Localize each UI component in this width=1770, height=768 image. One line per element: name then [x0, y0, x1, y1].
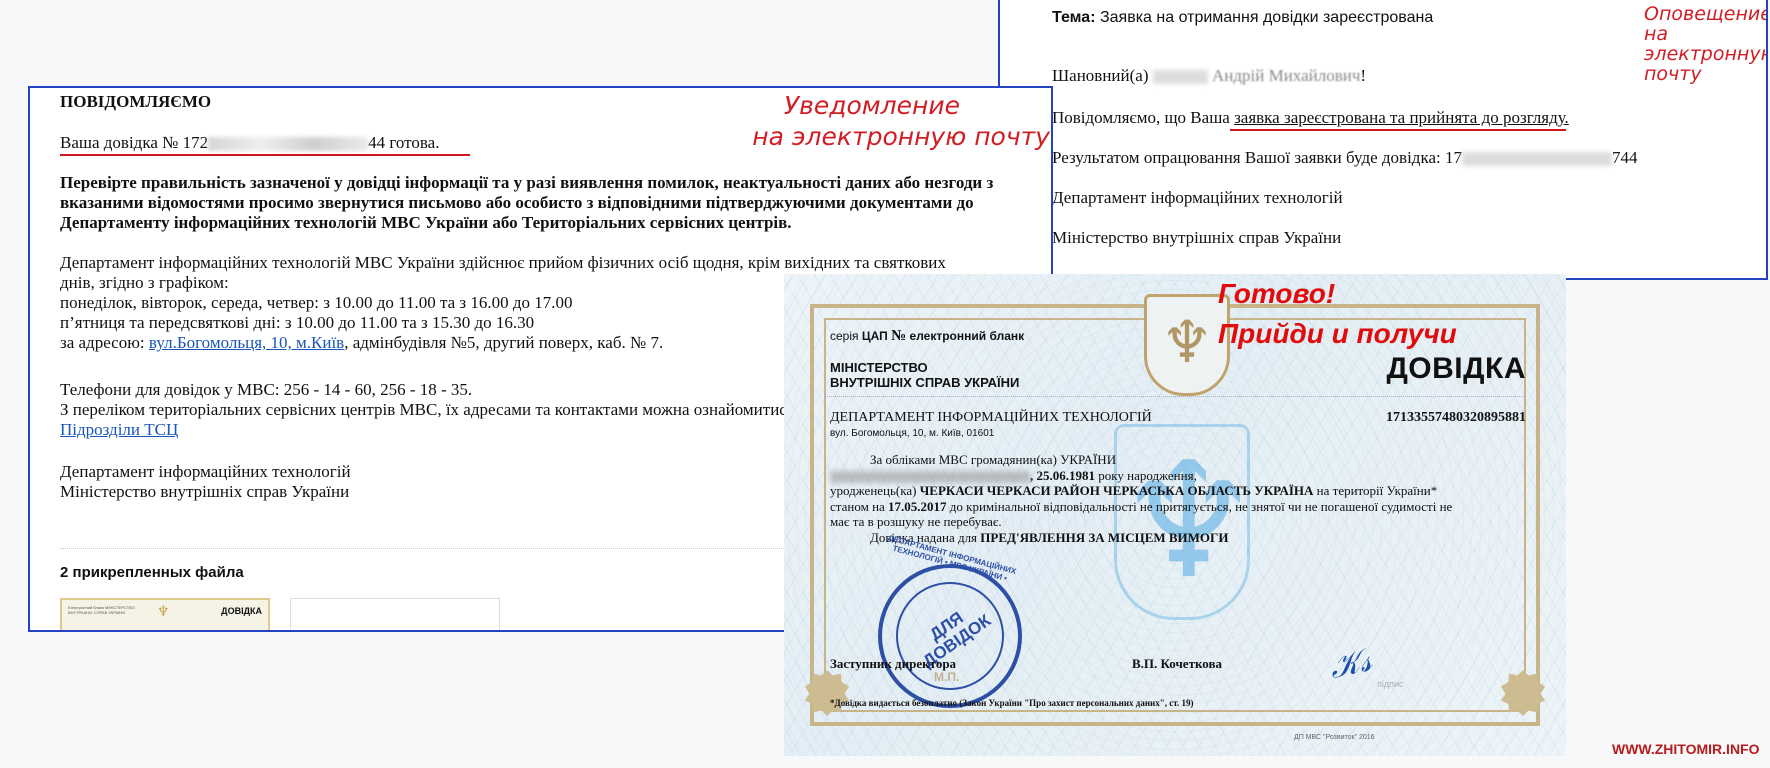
birth-date: , 25.06.1981: [1030, 468, 1095, 483]
ministry-name: МІНІСТЕРСТВО ВНУТРІШНІХ СПРАВ УКРАЇНИ: [830, 360, 1019, 390]
greeting-prefix: Шановний(а): [1052, 66, 1153, 85]
ready-suffix: 44 готова.: [368, 133, 439, 152]
annotation-line: почту: [1644, 64, 1768, 84]
annotation-notification: Оповещение на электронную почту: [1644, 4, 1768, 84]
subject-text: Заявка на отримання довідки зареєстрован…: [1100, 9, 1433, 26]
redacted-number: [1462, 152, 1612, 166]
signature-label: підпис: [1377, 679, 1404, 689]
series-code: ЦАП: [862, 329, 888, 343]
series-no: №: [891, 328, 906, 344]
signature-dept: Департамент інформаційних технологій: [60, 462, 351, 482]
annotation-email-notice: Уведомление на электронную почту: [752, 90, 1050, 152]
annotation-line: Прийди и получи: [1218, 314, 1457, 354]
warning-text: Перевірте правильність зазначеної у дові…: [60, 173, 1040, 233]
result-line: Результатом опрацювання Вашої заявки буд…: [1052, 148, 1637, 168]
red-underline: [60, 154, 470, 156]
trident-icon: ♆: [157, 604, 170, 621]
signer-name: В.П. Кочеткова: [1132, 656, 1222, 672]
ready-line: Ваша довідка № 17244 готова.: [60, 133, 439, 153]
annotation-line: на электронную: [1644, 24, 1768, 64]
as-of-date: 17.05.2017: [888, 499, 947, 514]
address-link[interactable]: вул.Богомольця, 10, м.Київ: [149, 333, 344, 352]
attachments-title: 2 прикрепленных файла: [60, 564, 244, 581]
attachment-thumbnail-file[interactable]: [290, 598, 500, 632]
born-prefix: уродженець(ка): [830, 483, 920, 498]
annotation-line: Уведомление: [752, 90, 960, 121]
annotation-line: Оповещение: [1644, 4, 1768, 24]
ready-prefix: Ваша довідка № 172: [60, 133, 208, 152]
redacted-surname: [1153, 70, 1208, 84]
printer-imprint: ДП МВС "Розвиток" 2016: [1294, 734, 1375, 741]
registration-prefix: Повідомляємо, що Ваша: [1052, 108, 1234, 127]
status-paragraph: уродженець(ка) ЧЕРКАСИ ЧЕРКАСИ РАЙОН ЧЕР…: [830, 483, 1470, 530]
site-watermark: WWW.ZHITOMIR.INFO: [1612, 741, 1760, 757]
redacted-number: [208, 137, 368, 151]
redacted-name: [830, 471, 1030, 483]
birth-line: , 25.06.1981 року народження,: [830, 468, 1470, 484]
birth-suffix: року народження,: [1095, 468, 1197, 483]
certificate-footnote: *Довідка видається безоплатно (Закон Укр…: [830, 698, 1193, 708]
thumb-text: Електронний бланк МІНІСТЕРСТВО ВНУТРІШНІ…: [68, 605, 138, 615]
address-prefix: за адресою:: [60, 333, 149, 352]
greeting: Шановний(а) Андрій Михайлович!: [1052, 66, 1366, 86]
annotation-line: Готово!: [1218, 274, 1457, 314]
certificate-dept: ДЕПАРТАМЕНТ ІНФОРМАЦІЙНИХ ТЕХНОЛОГІЙ: [830, 410, 1152, 426]
email-registration-notice: Тема: Заявка на отримання довідки зареєс…: [998, 0, 1768, 280]
certificate-body: За обліками МВС громадянин(ка) УКРАЇНИ ,…: [830, 452, 1470, 545]
born-place: ЧЕРКАСИ ЧЕРКАСИ РАЙОН ЧЕРКАСЬКА ОБЛАСТЬ …: [920, 483, 1314, 498]
service-centers-link[interactable]: Підрозділи ТСЦ: [60, 420, 178, 439]
certificate-title: ДОВІДКА: [1386, 352, 1526, 386]
result-suffix: 744: [1612, 148, 1638, 167]
certificate-address: вул. Богомольця, 10, м. Київ, 01601: [830, 428, 994, 439]
annotation-line: на электронную почту: [752, 121, 1050, 152]
seal-place-label: М.П.: [934, 670, 959, 684]
greeting-name: Андрій Михайлович: [1212, 66, 1360, 85]
email-heading: ПОВІДОМЛЯЄМО: [60, 92, 211, 112]
result-prefix: Результатом опрацювання Вашої заявки буд…: [1052, 148, 1462, 167]
signature-ministry: Міністерство внутрішніх справ України: [1052, 228, 1341, 248]
signature-ministry: Міністерство внутрішніх справ України: [60, 482, 351, 502]
red-underline: [1230, 129, 1566, 131]
series-suffix: електронний бланк: [910, 329, 1025, 343]
ministry-line: МІНІСТЕРСТВО: [830, 360, 1019, 375]
email-subject: Тема: Заявка на отримання довідки зареєс…: [1052, 8, 1433, 28]
thumb-title: ДОВІДКА: [221, 606, 262, 616]
dotted-divider: [824, 396, 1526, 397]
certificate-number: 17133557480320895881: [1386, 410, 1526, 426]
series-line: серія ЦАП № електронний бланк: [830, 328, 1024, 345]
stamp-icon: ДЕПАРТАМЕНТ ІНФОРМАЦІЙНИХ ТЕХНОЛОГІЙ • М…: [878, 564, 1022, 708]
ministry-line: ВНУТРІШНІХ СПРАВ УКРАЇНИ: [830, 375, 1019, 390]
attachment-thumbnail-certificate[interactable]: Електронний бланк МІНІСТЕРСТВО ВНУТРІШНІ…: [60, 598, 270, 632]
subject-label: Тема:: [1052, 9, 1096, 26]
greeting-suffix: !: [1360, 66, 1366, 85]
series-prefix: серія: [830, 329, 862, 343]
email-signature: Департамент інформаційних технологій Мін…: [60, 462, 351, 502]
body-line: За обліками МВС громадянин(ка) УКРАЇНИ: [830, 452, 1470, 468]
address-suffix: , адмінбудівля №5, другий поверх, каб. №…: [344, 333, 663, 352]
certificate-document: ♆ ♆ серія ЦАП № електронний бланк МІНІСТ…: [784, 274, 1566, 756]
purpose: ПРЕД'ЯВЛЕННЯ ЗА МІСЦЕМ ВИМОГИ: [980, 530, 1228, 545]
signature-dept: Департамент інформаційних технологій: [1052, 188, 1343, 208]
registration-highlight: заявка зареєстрована та прийнята до розг…: [1234, 108, 1569, 127]
registration-status: Повідомляємо, що Ваша заявка зареєстрова…: [1052, 108, 1569, 128]
annotation-ready: Готово! Прийди и получи: [1218, 274, 1457, 354]
